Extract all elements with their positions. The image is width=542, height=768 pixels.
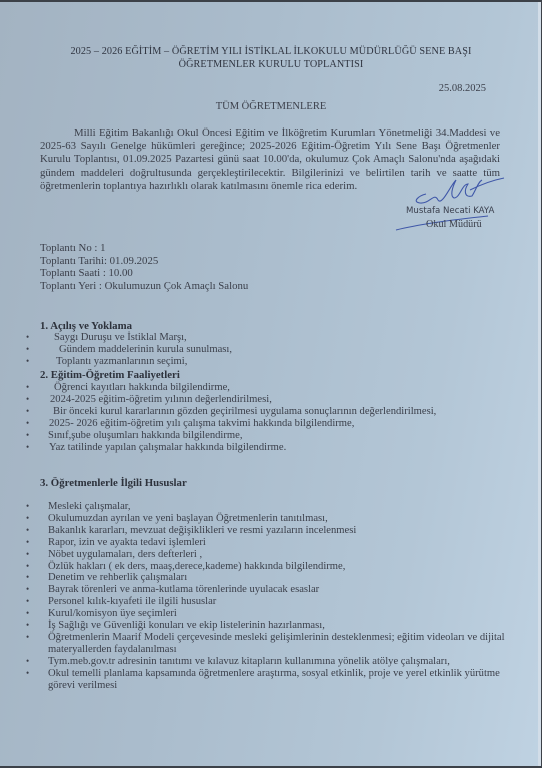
list-item: Personel kılık-kıyafeti ile ilgili husus… (24, 596, 518, 608)
list-item: Denetim ve rehberlik çalışmaları (24, 572, 518, 584)
list-item: Gündem maddelerinin kurula sunulması, (24, 344, 232, 356)
list-item: Mesleki çalışmalar, (24, 501, 518, 513)
list-item: Öğretmenlerin Maarif Modeli çerçevesinde… (24, 632, 518, 656)
list-item: Bakanlık kararları, mevzuat değişiklikle… (24, 525, 518, 537)
addressee: TÜM ÖĞRETMENLERE (0, 101, 542, 112)
meeting-place: Toplantı Yeri : Okulumuzun Çok Amaçlı Sa… (40, 280, 248, 293)
list-item: Toplantı yazmanlarının seçimi, (24, 356, 232, 368)
section-3-list: Mesleki çalışmalar, Okulumuzdan ayrılan … (24, 501, 518, 692)
list-item: Sınıf,şube oluşumları hakkında bilgilend… (24, 430, 436, 442)
section-1-list: Saygı Duruşu ve İstiklal Marşı, Gündem m… (24, 332, 232, 368)
list-item: Okulumuzdan ayrılan ve yeni başlayan Öğr… (24, 513, 518, 525)
meeting-time: Toplantı Saati : 10.00 (40, 267, 248, 280)
list-item: Özlük hakları ( ek ders, maaş,derece,kad… (24, 561, 518, 573)
list-item: Bir önceki kurul kararlarının gözden geç… (24, 406, 436, 418)
section-1-heading: 1. Açılış ve Yoklama (40, 320, 132, 332)
section-2-list: Öğrenci kayıtları hakkında bilgilendirme… (24, 382, 436, 453)
list-item: Rapor, izin ve ayakta tedavi işlemleri (24, 537, 518, 549)
list-item: Öğrenci kayıtları hakkında bilgilendirme… (24, 382, 436, 394)
list-item: İş Sağlığı ve Güvenliği konuları ve ekip… (24, 620, 518, 632)
meeting-info: Toplantı No : 1 Toplantı Tarihi: 01.09.2… (40, 242, 248, 292)
list-item: Yaz tatilinde yapılan çalışmalar hakkınd… (24, 442, 436, 454)
meeting-date: Toplantı Tarihi: 01.09.2025 (40, 255, 248, 268)
list-item: Saygı Duruşu ve İstiklal Marşı, (24, 332, 232, 344)
list-item: Okul temelli planlama kapsamında öğretme… (24, 668, 518, 692)
list-item: Kurul/komisyon üye seçimleri (24, 608, 518, 620)
list-item: 2024-2025 eğitim-öğretim yılının değerle… (24, 394, 436, 406)
meeting-number: Toplantı No : 1 (40, 242, 248, 255)
document-date: 25.08.2025 (439, 83, 486, 94)
list-item: Bayrak törenleri ve anma-kutlama törenle… (24, 584, 518, 596)
document-page: 2025 – 2026 EĞİTİM – ÖĞRETİM YILI İSTİKL… (0, 2, 541, 766)
document-title-line-1: 2025 – 2026 EĞİTİM – ÖĞRETİM YILI İSTİKL… (0, 46, 542, 57)
signatory-role: Okul Müdürü (426, 219, 482, 230)
document-title-line-2: ÖĞRETMENLER KURULU TOPLANTISI (0, 59, 542, 70)
section-3-heading: 3. Öğretmenlerle İlgili Hususlar (40, 477, 187, 489)
section-2-heading: 2. Eğitim-Öğretim Faaliyetleri (40, 369, 180, 381)
list-item: Nöbet uygulamaları, ders defterleri , (24, 549, 518, 561)
signatory-name: Mustafa Necati KAYA (406, 206, 494, 216)
list-item: 2025- 2026 eğitim-öğretim yılı çalışma t… (24, 418, 436, 430)
list-item: Tym.meb.gov.tr adresinin tanıtımı ve kıl… (24, 656, 518, 668)
